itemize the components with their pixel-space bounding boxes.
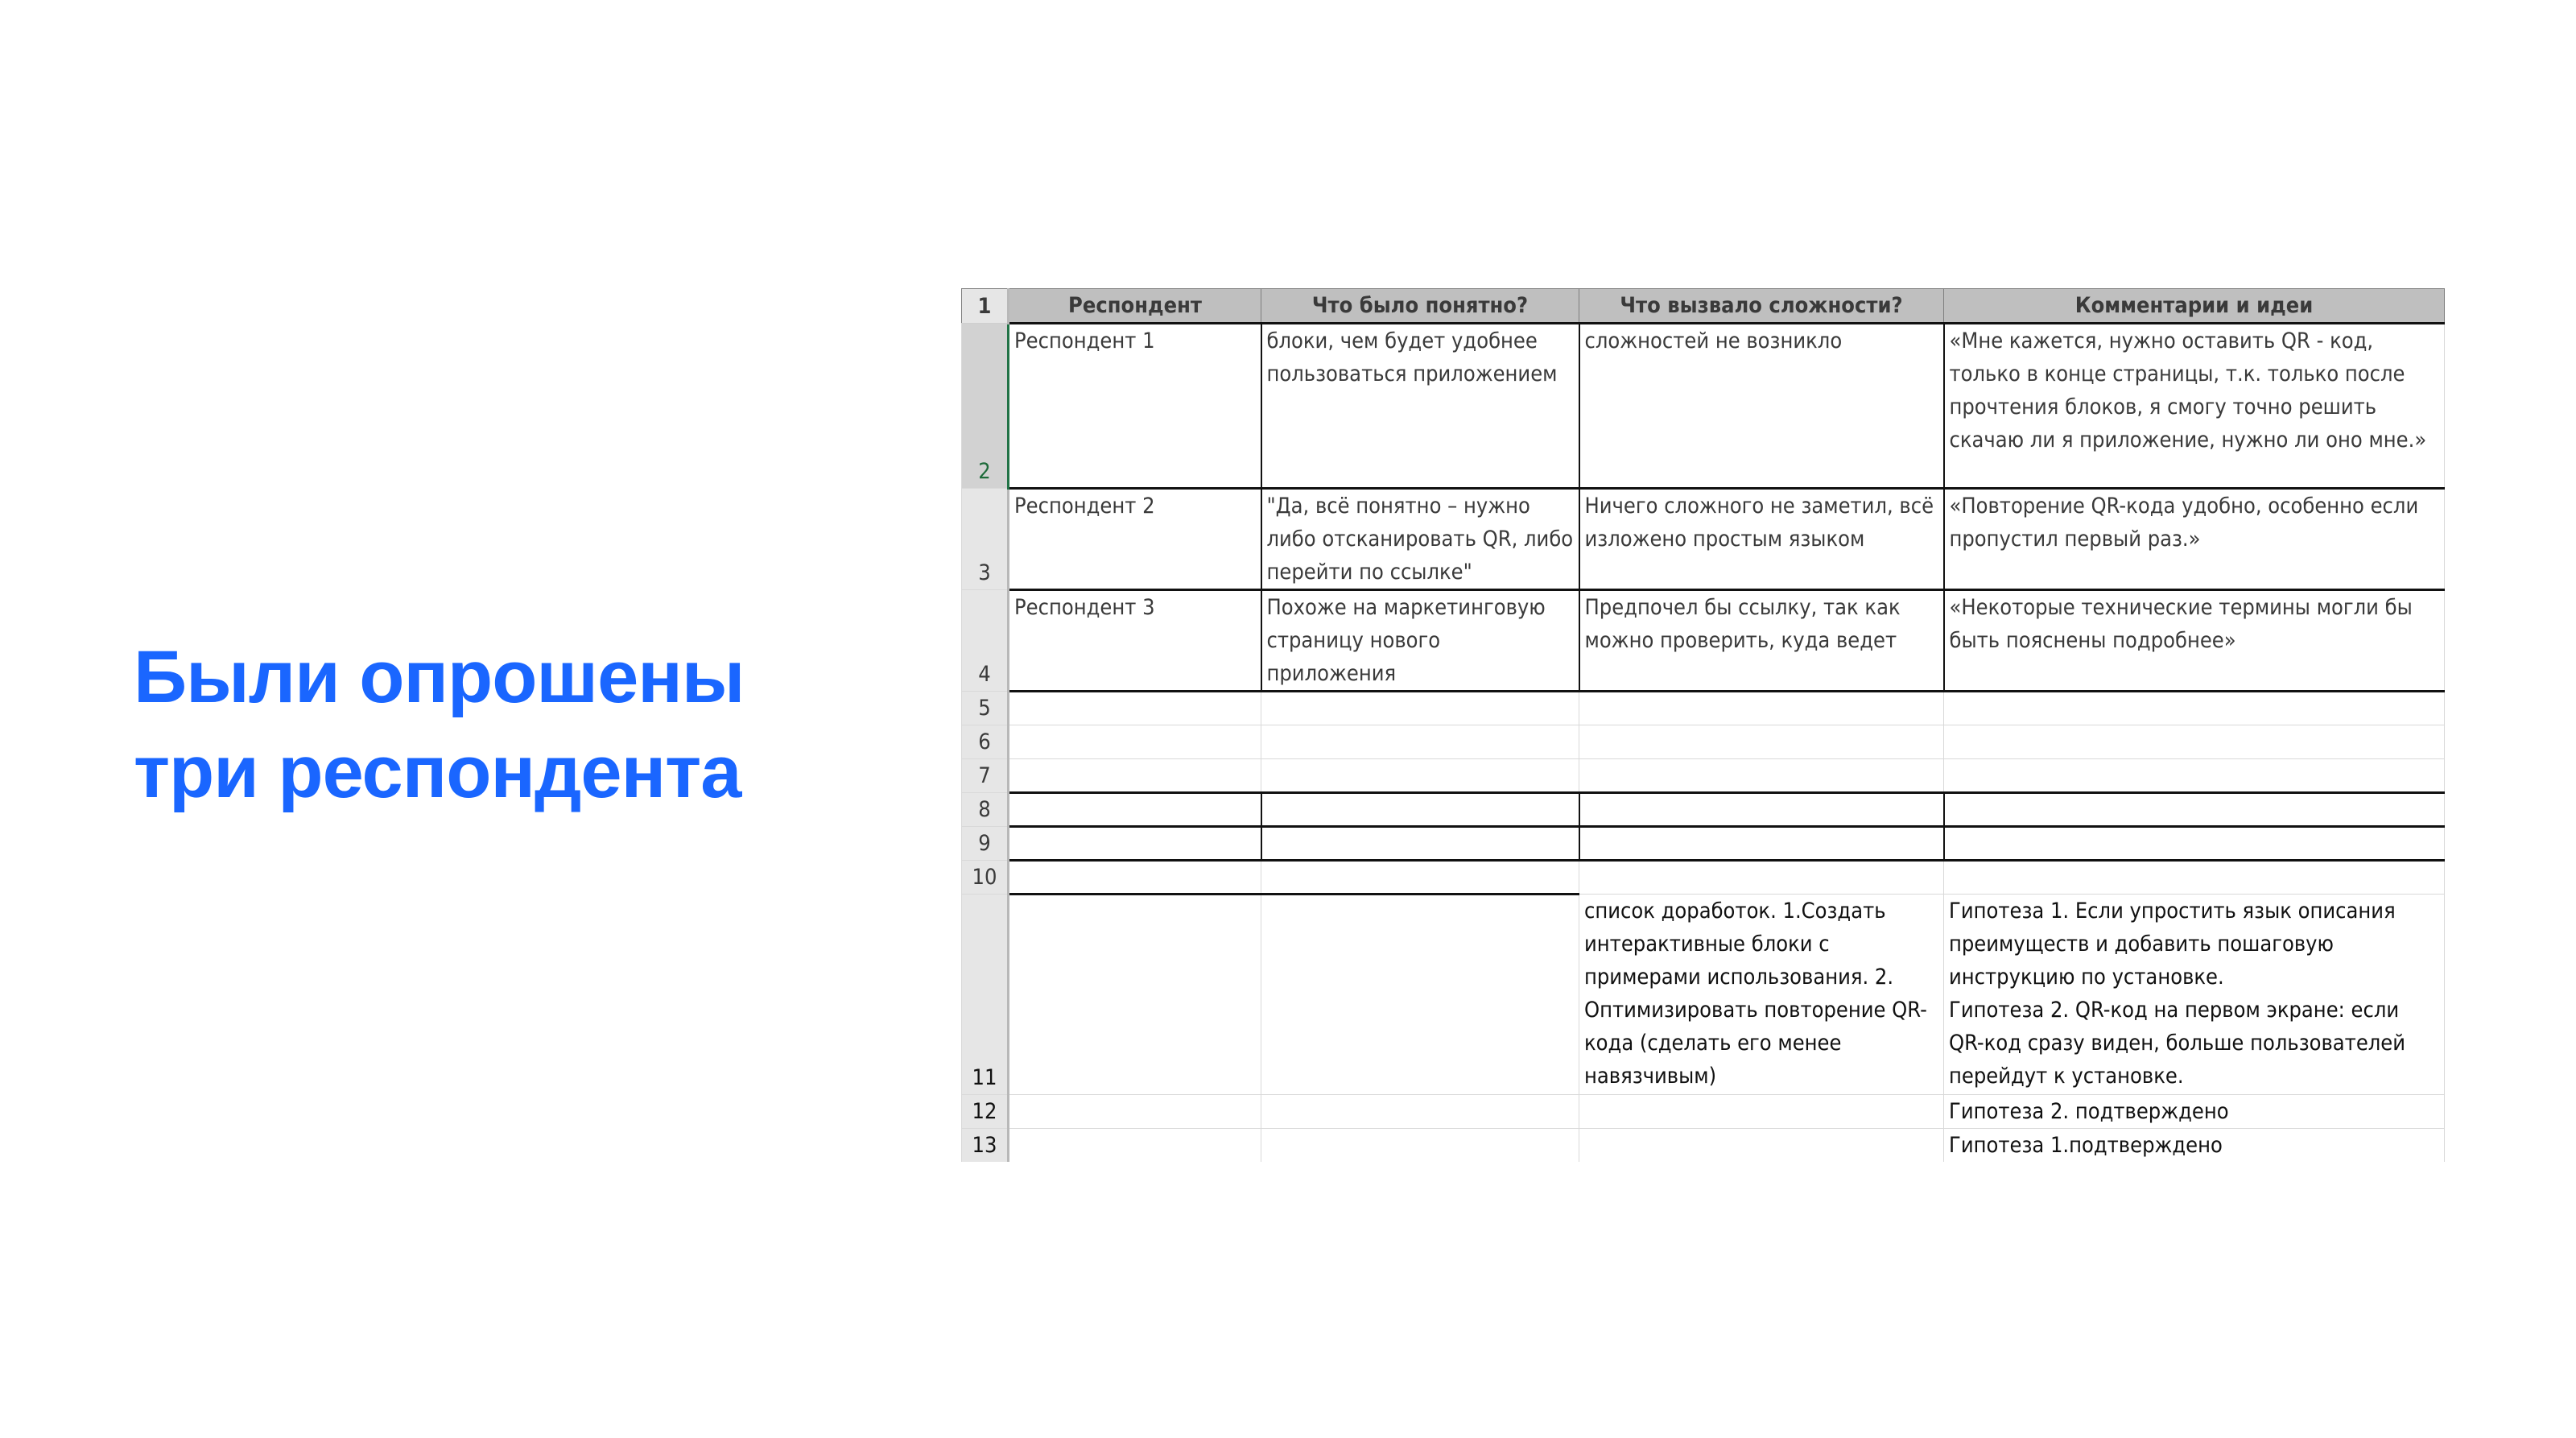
row-number[interactable]: 2	[962, 324, 1009, 489]
cell[interactable]	[1944, 725, 2445, 759]
cell[interactable]	[1261, 827, 1579, 861]
cell[interactable]: Гипотеза 1.подтверждено	[1944, 1129, 2445, 1163]
row-number[interactable]: 13	[962, 1129, 1009, 1163]
column-header-understood[interactable]: Что было понятно?	[1261, 289, 1579, 324]
row-number[interactable]: 7	[962, 759, 1009, 793]
cell[interactable]: «Мне кажется, нужно оставить QR - код, т…	[1944, 324, 2445, 489]
slide-title-line-1: Были опрошены	[134, 630, 858, 725]
cell[interactable]	[1009, 1095, 1261, 1129]
cell[interactable]	[1579, 725, 1944, 759]
cell[interactable]: блоки, чем будет удобнее пользоваться пр…	[1261, 324, 1579, 489]
cell[interactable]	[1579, 692, 1944, 725]
cell[interactable]	[1009, 725, 1261, 759]
cell[interactable]	[1009, 692, 1261, 725]
cell[interactable]	[1261, 861, 1579, 895]
row-number[interactable]: 3	[962, 489, 1009, 590]
cell[interactable]	[1261, 1095, 1579, 1129]
table-row: 11 список доработок. 1.Создать интеракти…	[962, 895, 2445, 1095]
table-row: 6	[962, 725, 2445, 759]
cell[interactable]	[1579, 793, 1944, 827]
column-header-respondent[interactable]: Респондент	[1009, 289, 1261, 324]
cell[interactable]	[1579, 861, 1944, 895]
cell-hypotheses[interactable]: Гипотеза 1. Если упростить язык описания…	[1944, 895, 2445, 1095]
cell[interactable]	[1261, 692, 1579, 725]
table-row: 7	[962, 759, 2445, 793]
cell[interactable]: «Повторение QR-кода удобно, особенно есл…	[1944, 489, 2445, 590]
cell[interactable]	[1261, 759, 1579, 793]
slide-title-line-2: три респондента	[134, 725, 858, 820]
cell[interactable]: Респондент 2	[1009, 489, 1261, 590]
cell[interactable]: Ничего сложного не заметил, всё изложено…	[1579, 489, 1944, 590]
table-row: 9	[962, 827, 2445, 861]
row-number[interactable]: 8	[962, 793, 1009, 827]
table-row: 8	[962, 793, 2445, 827]
cell[interactable]	[1009, 759, 1261, 793]
row-number[interactable]: 5	[962, 692, 1009, 725]
cell[interactable]: Респондент 3	[1009, 590, 1261, 692]
spreadsheet-grid: 1 Респондент Что было понятно? Что вызва…	[961, 288, 2445, 1162]
cell[interactable]	[1944, 861, 2445, 895]
cell[interactable]	[1009, 827, 1261, 861]
cell[interactable]: сложностей не возникло	[1579, 324, 1944, 489]
row-number[interactable]: 12	[962, 1095, 1009, 1129]
table-row: 4 Респондент 3 Похоже на маркетинговую с…	[962, 590, 2445, 692]
row-number[interactable]: 6	[962, 725, 1009, 759]
row-number[interactable]: 11	[962, 895, 1009, 1095]
table-row-header: 1 Респондент Что было понятно? Что вызва…	[962, 289, 2445, 324]
row-number[interactable]: 10	[962, 861, 1009, 895]
table-row: 13 Гипотеза 1.подтверждено	[962, 1129, 2445, 1163]
cell[interactable]	[1944, 759, 2445, 793]
cell[interactable]: Похоже на маркетинговую страницу нового …	[1261, 590, 1579, 692]
cell[interactable]	[1579, 1095, 1944, 1129]
column-header-comments[interactable]: Комментарии и идеи	[1944, 289, 2445, 324]
cell[interactable]: Предпочел бы ссылку, так как можно прове…	[1579, 590, 1944, 692]
cell[interactable]	[1944, 692, 2445, 725]
row-number[interactable]: 9	[962, 827, 1009, 861]
cell[interactable]	[1009, 793, 1261, 827]
cell[interactable]	[1261, 725, 1579, 759]
cell[interactable]	[1261, 793, 1579, 827]
table-row: 12 Гипотеза 2. подтверждено	[962, 1095, 2445, 1129]
cell-improvements-list[interactable]: список доработок. 1.Создать интерактивны…	[1579, 895, 1944, 1095]
table-row: 5	[962, 692, 2445, 725]
cell[interactable]	[1009, 861, 1261, 895]
cell[interactable]	[1579, 759, 1944, 793]
table-row: 2 Респондент 1 блоки, чем будет удобнее …	[962, 324, 2445, 489]
cell[interactable]	[1944, 827, 2445, 861]
cell[interactable]: Гипотеза 2. подтверждено	[1944, 1095, 2445, 1129]
table-row: 10	[962, 861, 2445, 895]
cell[interactable]	[1944, 793, 2445, 827]
cell[interactable]: «Некоторые технические термины могли бы …	[1944, 590, 2445, 692]
cell[interactable]	[1009, 895, 1261, 1095]
cell[interactable]: "Да, всё понятно – нужно либо отсканиров…	[1261, 489, 1579, 590]
cell[interactable]	[1579, 827, 1944, 861]
cell[interactable]	[1009, 1129, 1261, 1163]
column-header-difficulties[interactable]: Что вызвало сложности?	[1579, 289, 1944, 324]
row-number[interactable]: 1	[962, 289, 1009, 324]
slide-title: Были опрошены три респондента	[134, 630, 858, 820]
cell[interactable]	[1579, 1129, 1944, 1163]
cell[interactable]	[1261, 895, 1579, 1095]
table-row: 3 Респондент 2 "Да, всё понятно – нужно …	[962, 489, 2445, 590]
cell[interactable]	[1261, 1129, 1579, 1163]
cell[interactable]: Респондент 1	[1009, 324, 1261, 489]
spreadsheet-screenshot: 1 Респондент Что было понятно? Что вызва…	[961, 288, 2445, 1162]
row-number[interactable]: 4	[962, 590, 1009, 692]
